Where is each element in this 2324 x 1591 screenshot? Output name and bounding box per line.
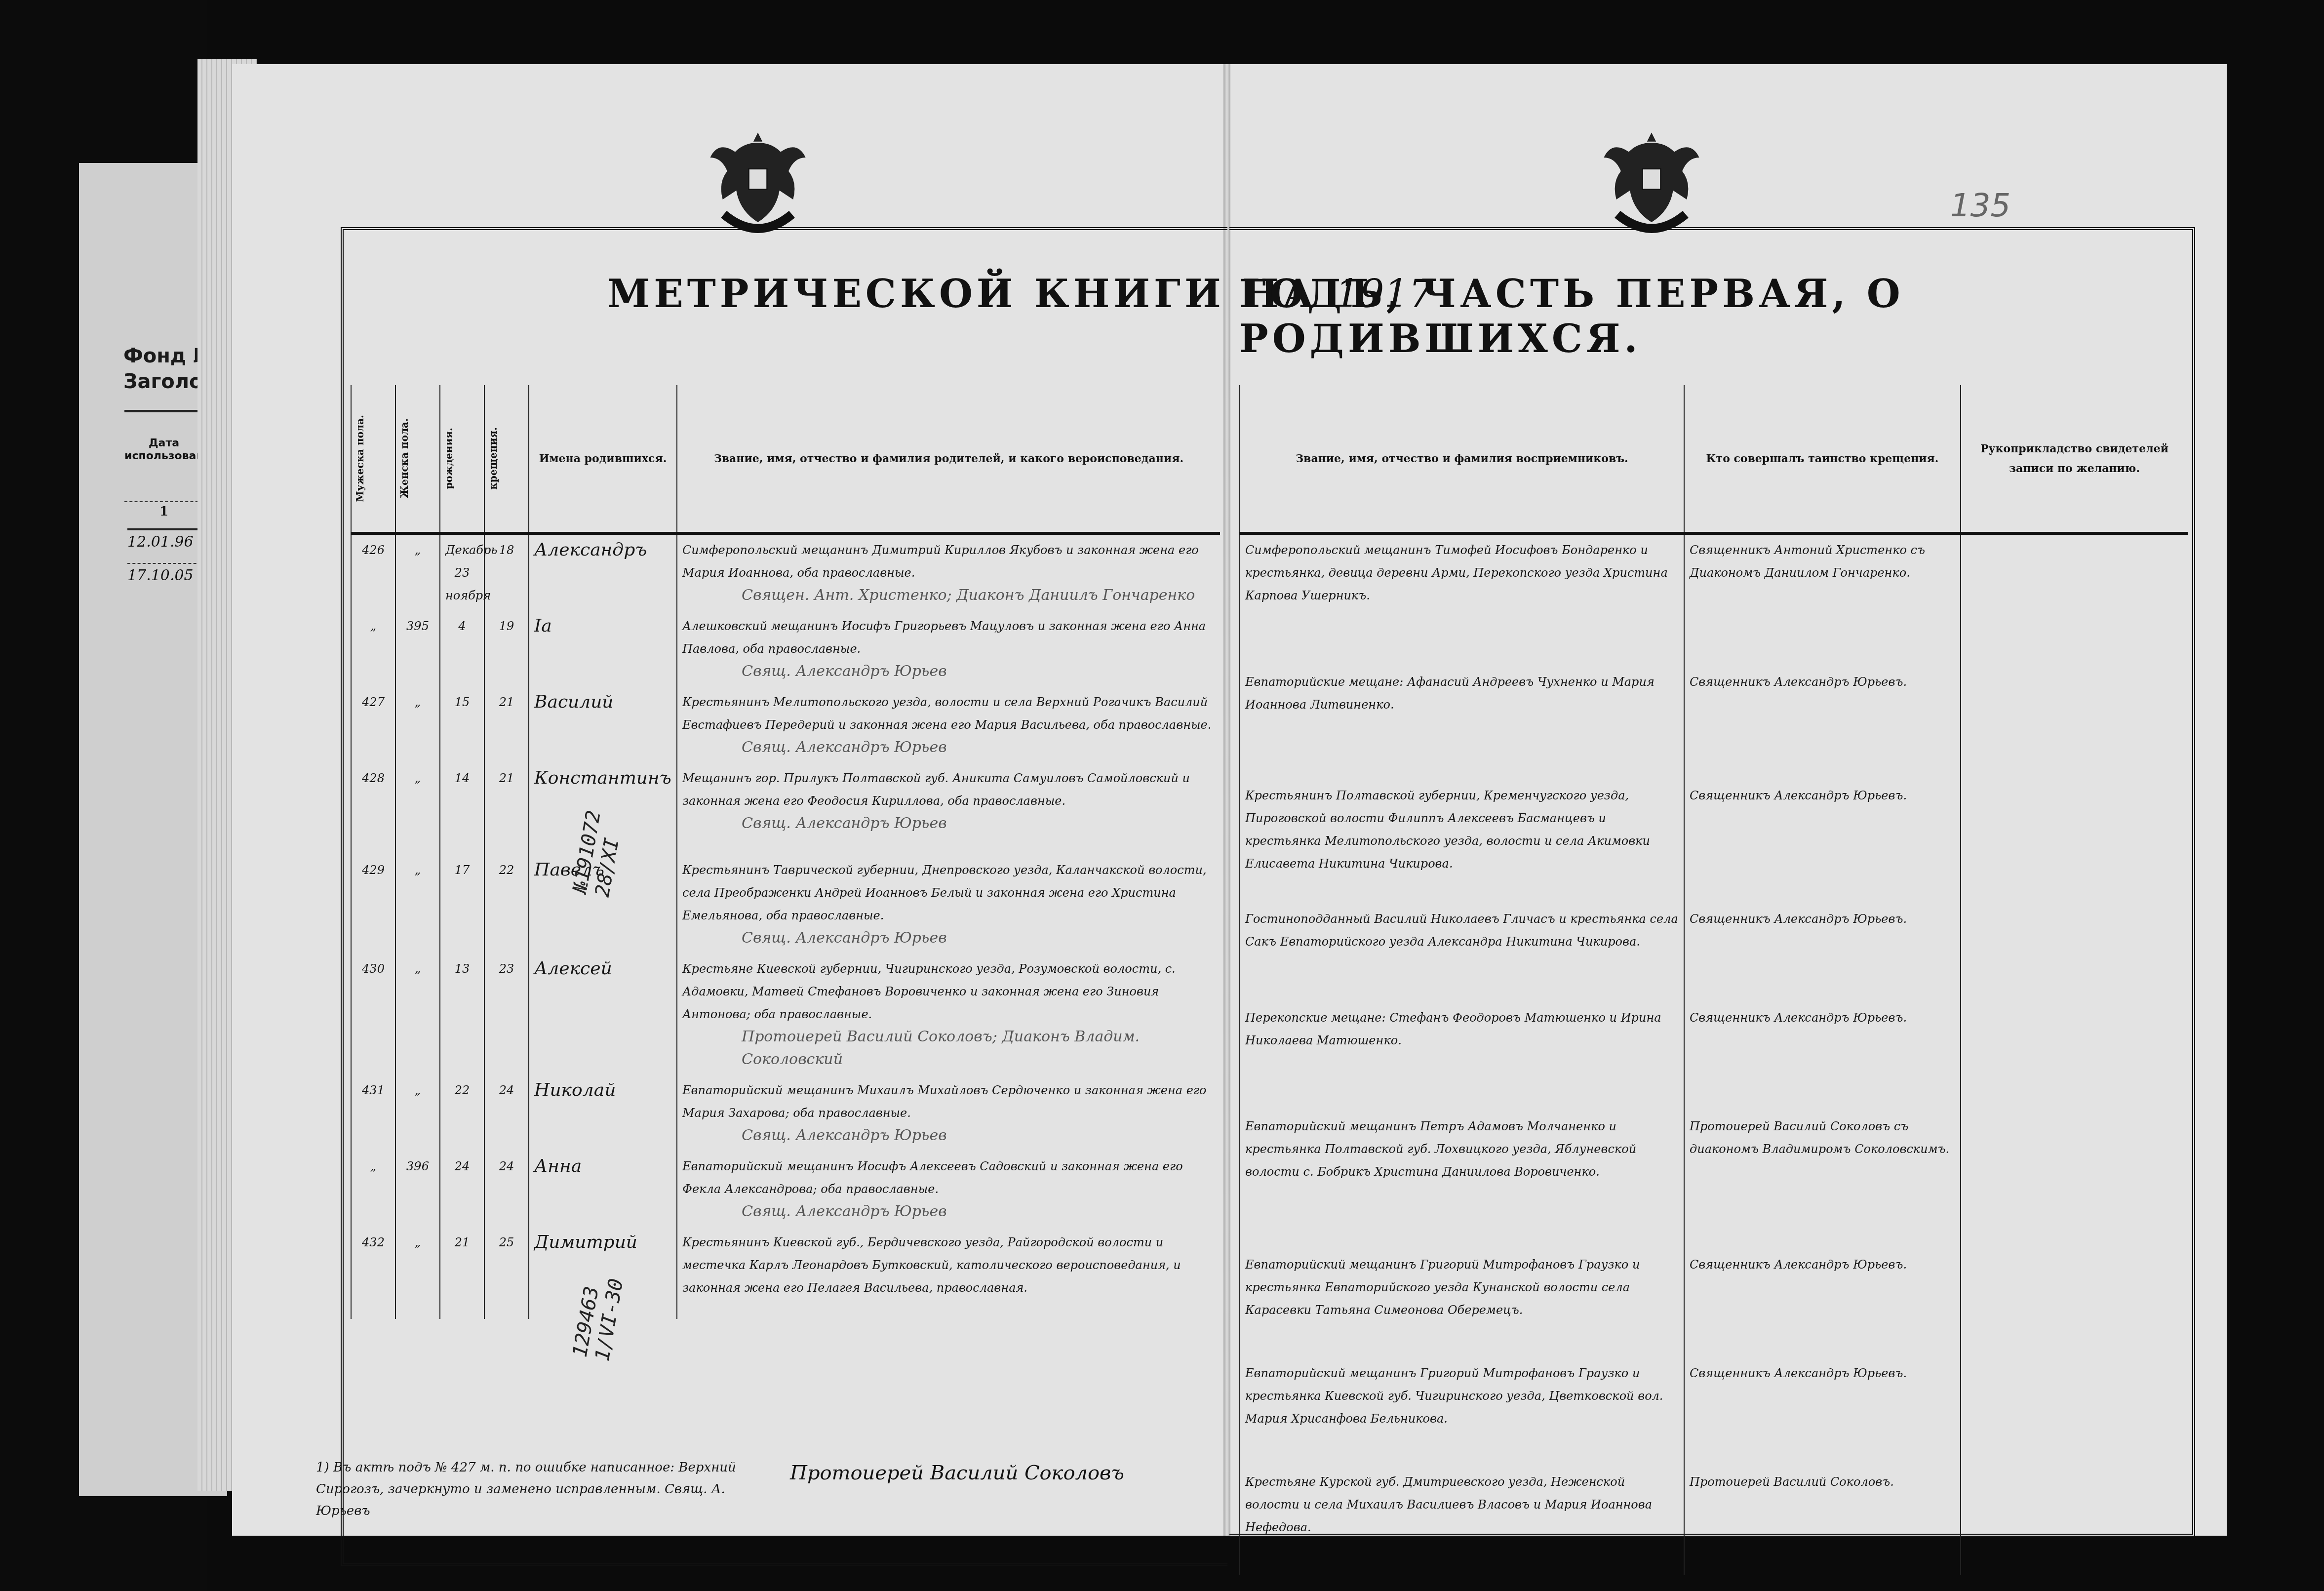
godparents-entry: Крестьянинъ Полтавской губернии, Кременч… [1240,780,1684,904]
month-label: Декабрь [445,539,479,561]
usage-date-1: 12.01.96 [127,528,201,551]
table-row: Евпаторийские мещане: Афанасий Андреевъ … [1240,667,2188,780]
imperial-eagle-emblem-icon [701,123,815,237]
col-birth-date: рождения. [440,385,484,533]
table-row: 427 „ 15 21 Василий Крестьянинъ Мелитопо… [351,687,1220,763]
col-godparents: Звание, имя, отчество и фамилия восприем… [1240,385,1684,533]
clergy-signature: Протоиерей Василий Соколовъ; Диаконъ Вла… [682,1026,1215,1071]
witness-cell [1961,1467,2188,1575]
godparents-entry: Крестьяне Курской губ. Дмитриевского уез… [1240,1467,1684,1575]
parents-entry: Мещанинъ гор. Прилукъ Полтавской губ. Ан… [682,767,1215,812]
table-row: 426 „ Декабрь23 ноября 18 Александръ Сим… [351,533,1220,611]
open-register-book: 135 МЕТРИЧЕСКОЙ КНИГИ НА 1917 ГОДЪ, ЧАСТ… [232,64,2227,1536]
col-parents: Звание, имя, отчество и фамилия родителе… [677,385,1220,533]
table-row: Крестьяне Курской губ. Дмитриевского уез… [1240,1467,2188,1575]
clergy-signature: Священ. Ант. Христенко; Диаконъ Даниилъ … [682,584,1215,607]
folio-number: 135 [1950,188,2010,224]
godparents-entry: Симферопольский мещанинъ Тимофей Иосифов… [1240,533,1684,667]
table-row: Перекопские мещане: Стефанъ Феодоровъ Ма… [1240,1002,2188,1111]
table-row: „ 395 4 19 Іа Алешковский мещанинъ Иосиф… [351,611,1220,687]
officiant-entry: Протоиерей Василий Соколовъ. [1684,1467,1961,1575]
godparents-entry: Гостиноподданный Василий Николаевъ Глича… [1240,904,1684,1002]
witness-cell [1961,1249,2188,1358]
clergy-signature: Свящ. Александръ Юрьев [682,1124,1215,1147]
parents-entry: Евпаторийский мещанинъ Михаилъ Михайловъ… [682,1079,1215,1124]
child-name: Александръ [529,533,677,611]
col-officiant: Кто совершалъ таинство крещения. [1684,385,1961,533]
table-row: Евпаторийский мещанинъ Петръ Адамовъ Мол… [1240,1111,2188,1249]
table-row: Гостиноподданный Василий Николаевъ Глича… [1240,904,2188,1002]
child-name: Іа [529,611,677,687]
godparents-entry: Евпаторийский мещанинъ Григорий Митрофан… [1240,1358,1684,1467]
child-name: Василий [529,687,677,763]
officiant-entry: Священникъ Александръ Юрьевъ. [1684,667,1961,780]
parents-entry: Евпаторийский мещанинъ Иосифъ Алексеевъ … [682,1155,1215,1200]
witness-cell [1961,1358,2188,1467]
births-table-right: Звание, имя, отчество и фамилия восприем… [1239,385,2188,1575]
officiant-entry: Священникъ Александръ Юрьевъ. [1684,1358,1961,1467]
title-right: ГОДЪ, ЧАСТЬ ПЕРВАЯ, О РОДИВШИХСЯ. [1239,272,2227,361]
table-row: Евпаторийский мещанинъ Григорий Митрофан… [1240,1358,2188,1467]
table-row: Евпаторийский мещанинъ Григорий Митрофан… [1240,1249,2188,1358]
col-names: Имена родившихся. [529,385,677,533]
imperial-eagle-emblem-icon [1595,123,1708,237]
table-row: 432 „ 21 25 Димитрий129463 1/VI-30 Крест… [351,1227,1220,1319]
table-row: Крестьянинъ Полтавской губернии, Кременч… [1240,780,2188,904]
clergy-signature: Свящ. Александръ Юрьев [682,1200,1215,1223]
child-name: Анна [529,1151,677,1227]
officiant-entry: Священникъ Антоний Христенко съ Диаконом… [1684,533,1961,667]
correction-footnote: 1) Въ актѣ подъ № 427 м. п. по ошибке на… [316,1457,760,1522]
usage-date-box: Дата использования 1 12.01.96 17.10.05 [124,410,205,639]
usage-column-number: 1 [124,501,203,519]
usage-date-header: Дата использования [124,437,203,463]
table-header-right: Звание, имя, отчество и фамилия восприем… [1240,385,2188,533]
godparents-entry: Перекопские мещане: Стефанъ Феодоровъ Ма… [1240,1002,1684,1111]
col-female-count: Женска пола. [395,385,440,533]
col-witness-signatures: Рукоприкладство свидетелей записи по жел… [1961,385,2188,533]
col-male-count: Мужеска пола. [351,385,395,533]
officiant-entry: Священникъ Александръ Юрьевъ. [1684,1249,1961,1358]
closing-signature: Протоиерей Василий Соколовъ [790,1462,1124,1484]
witness-cell [1961,1111,2188,1249]
clergy-signature: Свящ. Александръ Юрьев [682,736,1215,759]
table-row: „ 396 24 24 Анна Евпаторийский мещанинъ … [351,1151,1220,1227]
col-baptism-date: крещения. [484,385,529,533]
parents-entry: Крестьянинъ Киевской губ., Бердичевского… [682,1231,1215,1299]
parents-entry: Крестьянинъ Таврической губернии, Днепро… [682,859,1215,927]
table-row: 430 „ 13 23 Алексей Крестьяне Киевской г… [351,954,1220,1075]
witness-cell [1961,1002,2188,1111]
title-left-text: МЕТРИЧЕСКОЙ КНИГИ НА [607,272,1318,317]
table-row: 428 „ 14 21 Константинъ№191072 28/XI Мещ… [351,763,1220,855]
table-header-left: Мужеска пола. Женска пола. рождения. кре… [351,385,1220,533]
officiant-entry: Священникъ Александръ Юрьевъ. [1684,904,1961,1002]
births-table-left: Мужеска пола. Женска пола. рождения. кре… [351,385,1220,1319]
table-row: 429 „ 17 22 Павелъ Крестьянинъ Таврическ… [351,855,1220,954]
godparents-entry: Евпаторийские мещане: Афанасий Андреевъ … [1240,667,1684,780]
witness-cell [1961,667,2188,780]
witness-cell [1961,533,2188,667]
officiant-entry: Священникъ Александръ Юрьевъ. [1684,1002,1961,1111]
clergy-signature: Свящ. Александръ Юрьев [682,660,1215,683]
officiant-entry: Священникъ Александръ Юрьевъ. [1684,780,1961,904]
usage-date-2: 17.10.05 [127,563,201,584]
table-row: 431 „ 22 24 Николай Евпаторийский мещани… [351,1075,1220,1151]
godparents-entry: Евпаторийский мещанинъ Григорий Митрофан… [1240,1249,1684,1358]
godparents-entry: Евпаторийский мещанинъ Петръ Адамовъ Мол… [1240,1111,1684,1249]
parents-entry: Крестьянинъ Мелитопольского уезда, волос… [682,691,1215,736]
witness-cell [1961,904,2188,1002]
clergy-signature: Свящ. Александръ Юрьев [682,812,1215,835]
clergy-signature: Свящ. Александръ Юрьев [682,927,1215,950]
child-name: Алексей [529,954,677,1075]
table-row: Симферопольский мещанинъ Тимофей Иосифов… [1240,533,2188,667]
witness-cell [1961,780,2188,904]
parents-entry: Крестьяне Киевской губернии, Чигиринског… [682,957,1215,1026]
parents-entry: Симферопольский мещанинъ Димитрий Кирилл… [682,539,1215,584]
officiant-entry: Протоиерей Василий Соколовъ съ диакономъ… [1684,1111,1961,1249]
parents-entry: Алешковский мещанинъ Иосифъ Григорьевъ М… [682,615,1215,660]
child-name: Николай [529,1075,677,1151]
